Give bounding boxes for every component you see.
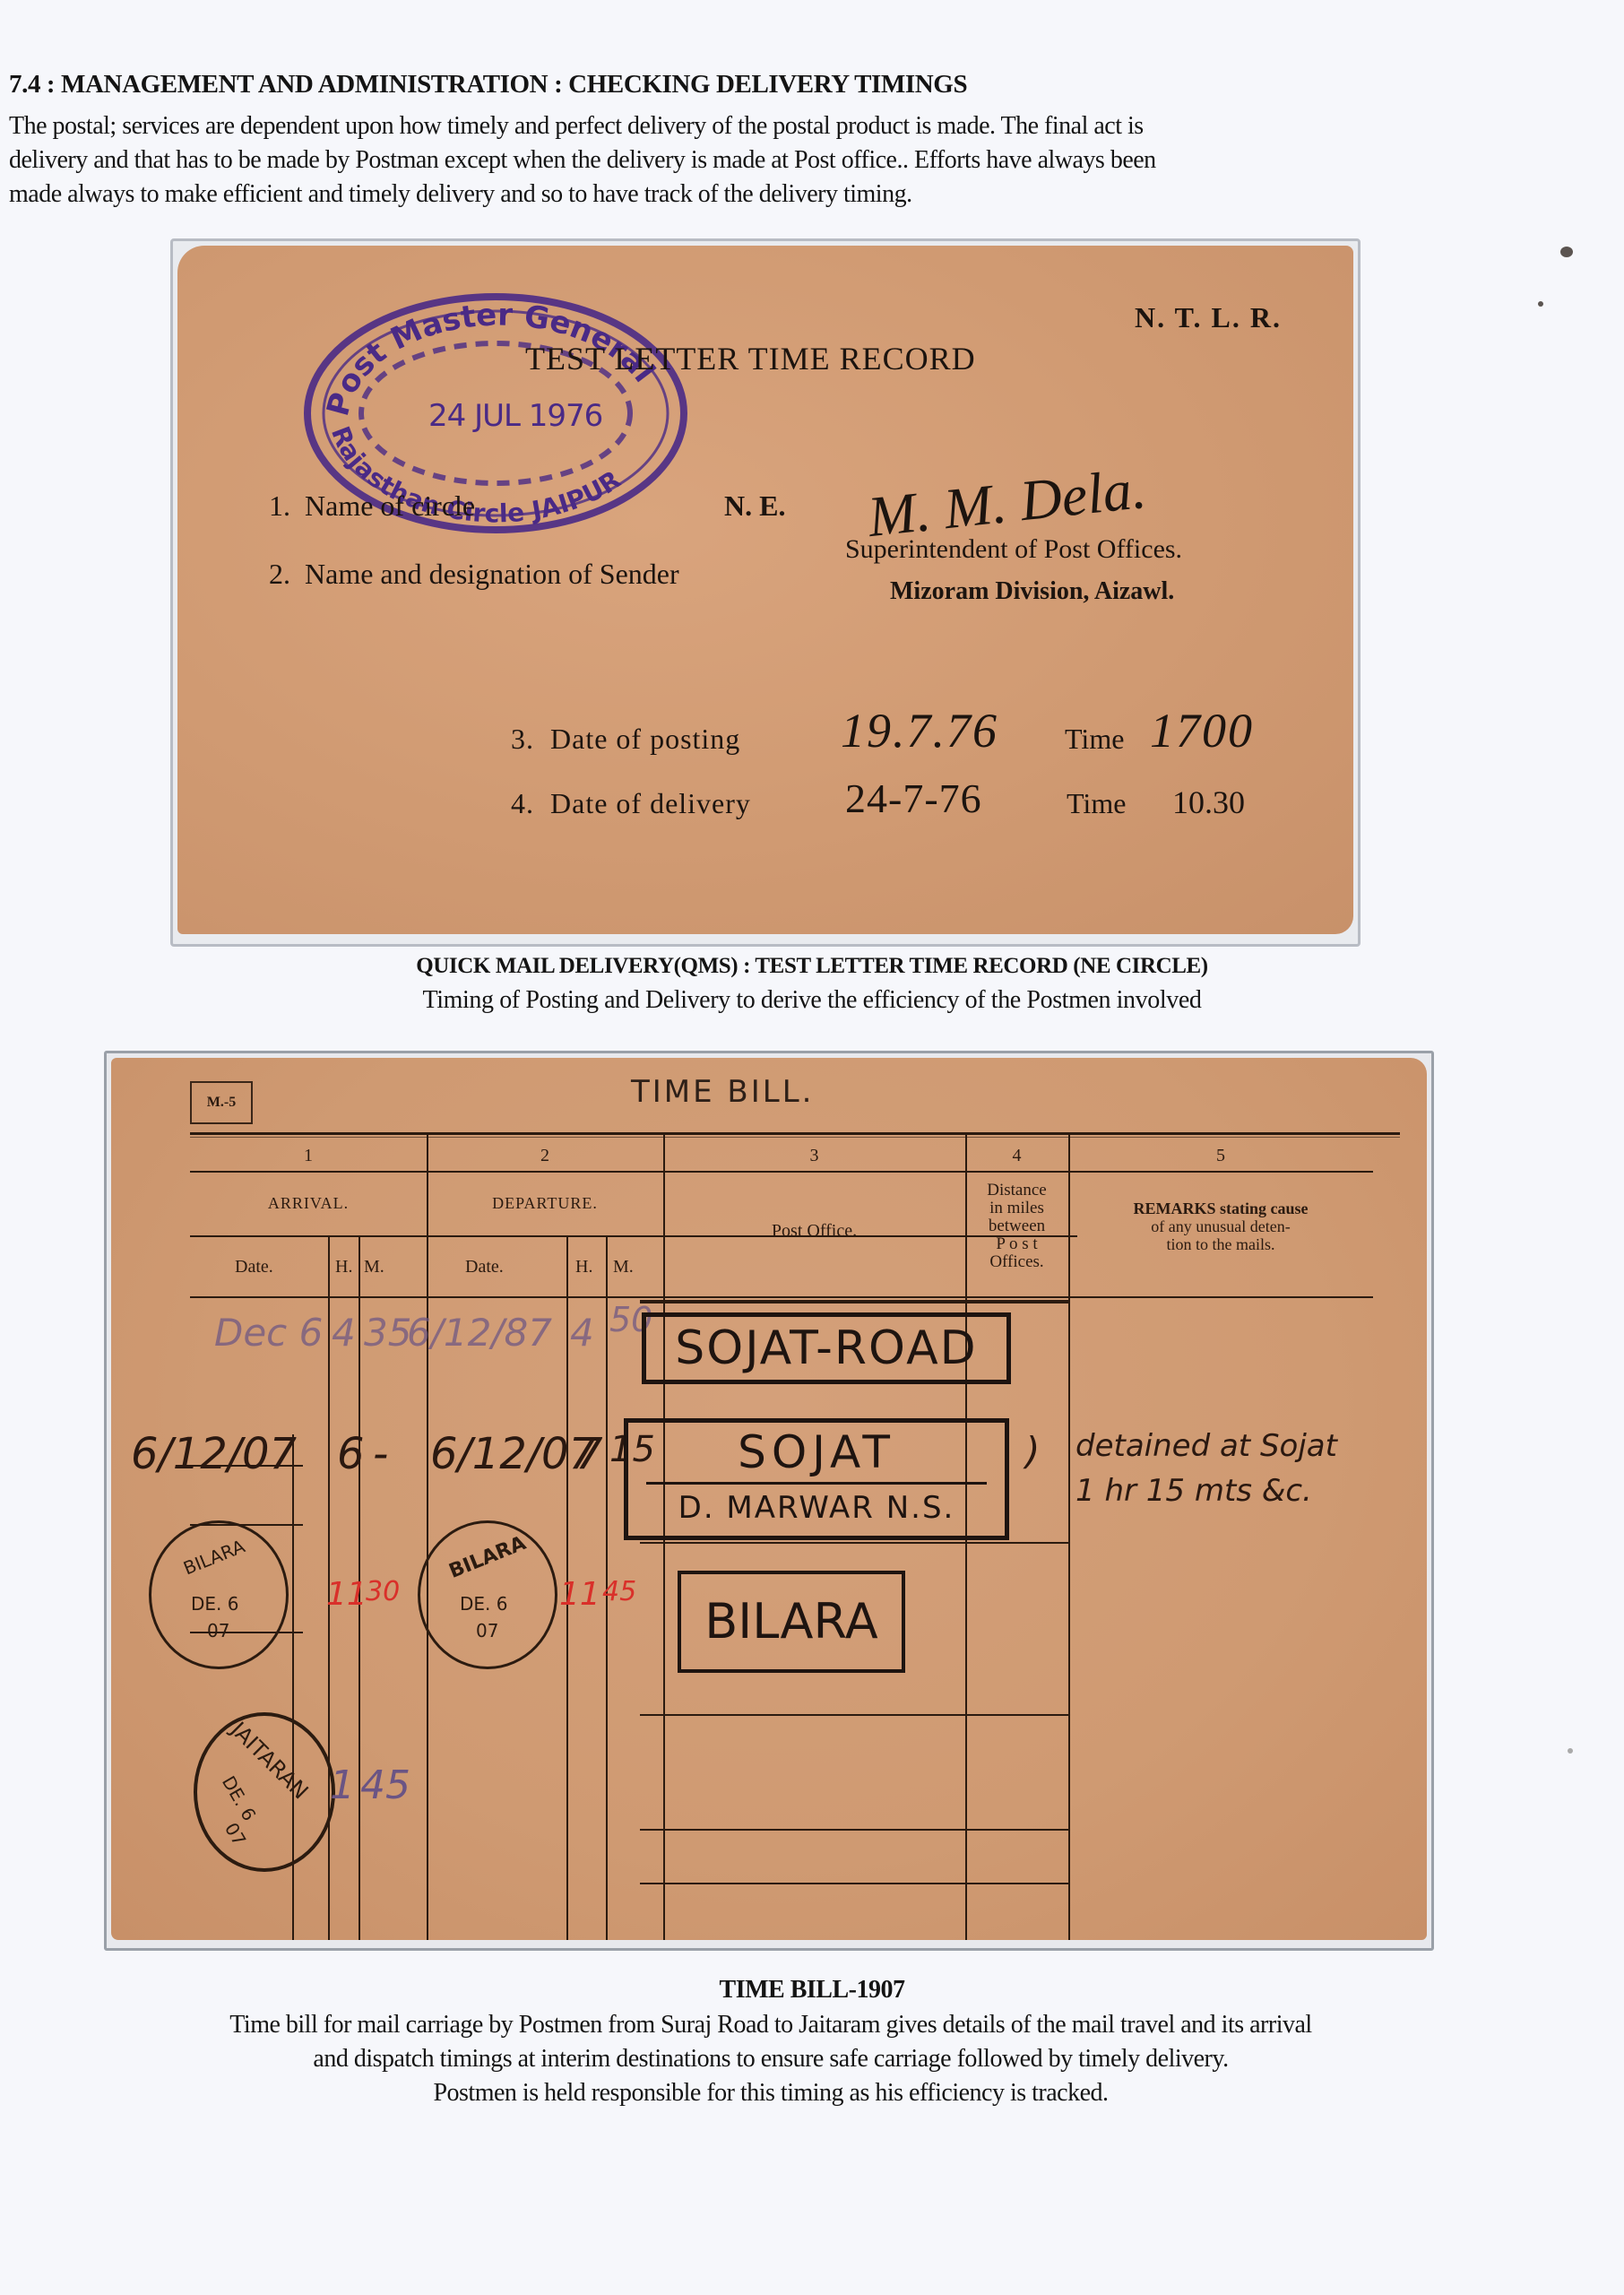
field-value-circle: N. E.	[724, 489, 785, 523]
arrival-hour: 1	[330, 1762, 355, 1808]
card1-caption-title: QUICK MAIL DELIVERY(QMS) : TEST LETTER T…	[0, 954, 1624, 979]
stamp-date: 24 JUL 1976	[428, 398, 602, 434]
post-office-stamp: SOJAT-ROAD	[642, 1312, 1011, 1384]
time-bill-title: TIME BILL.	[631, 1074, 814, 1110]
departure-hours-header: H.	[575, 1257, 592, 1277]
column-number: 1	[190, 1146, 427, 1166]
intro-line: delivery and that has to be made by Post…	[9, 143, 1497, 178]
sender-division: Mizoram Division, Aizawl.	[890, 577, 1174, 606]
departure-hour: 7	[575, 1429, 603, 1479]
column-number: 2	[427, 1146, 663, 1166]
arrival-date: 6/12/07	[131, 1429, 297, 1479]
page-heading: 7.4 : MANAGEMENT AND ADMINISTRATION : CH…	[9, 70, 967, 100]
column-number: 3	[663, 1146, 965, 1166]
field-label-posting-date: 3. Date of posting	[511, 723, 740, 756]
intro-line: The postal; services are dependent upon …	[9, 109, 1497, 143]
post-office-stamp: BILARA	[678, 1571, 905, 1673]
form-code: N. T. L. R.	[1135, 301, 1282, 334]
arrival-minute: 45	[360, 1762, 410, 1808]
departure-date-header: Date.	[465, 1257, 504, 1277]
departure-hour: 11	[559, 1576, 600, 1613]
form-code-box: M.-5	[190, 1081, 253, 1124]
arrival-hour: 11	[326, 1576, 367, 1613]
departure-date: 6/12/87	[407, 1311, 552, 1355]
remarks-entry: detained at Sojat 1 hr 15 mts &c.	[1075, 1424, 1362, 1513]
field-label-circle: 1. Name of circle	[269, 489, 475, 523]
arrival-date: Dec 6	[214, 1311, 323, 1355]
card1-caption-text: Timing of Posting and Delivery to derive…	[0, 986, 1624, 1015]
intro-paragraph: The postal; services are dependent upon …	[9, 109, 1497, 212]
arrival-header: ARRIVAL.	[190, 1194, 427, 1213]
posting-time-value: 1700	[1150, 703, 1254, 758]
field-label-sender: 2. Name and designation of Sender	[269, 558, 679, 591]
arrival-hour: 6	[337, 1429, 365, 1479]
delivery-time-label: Time	[1067, 787, 1126, 820]
jaitaran-postmark-icon: JAITARAN DE. 6 07	[194, 1712, 335, 1872]
card-title: TEST LETTER TIME RECORD	[525, 340, 976, 377]
bilara-postmark-icon: BILARA DE. 6 07	[418, 1520, 557, 1669]
departure-date: 6/12/07	[430, 1429, 596, 1479]
column-number: 4	[965, 1146, 1068, 1166]
posting-time-label: Time	[1065, 723, 1124, 756]
arrival-hours-header: H.	[335, 1257, 352, 1277]
arrival-minute: -	[373, 1429, 388, 1479]
delivery-time-value: 10.30	[1172, 784, 1245, 821]
post-office-stamp: SOJAT D. MARWAR N.S.	[624, 1418, 1009, 1540]
arrival-date-header: Date.	[235, 1257, 273, 1277]
arrival-minute: 30	[366, 1576, 400, 1607]
delivery-date-value: 24-7-76	[845, 775, 982, 822]
post-office-header: Post Office.	[663, 1221, 965, 1242]
distance-header: Distance in miles between P o s t Office…	[965, 1182, 1068, 1271]
test-letter-time-record-card: N. T. L. R. Post Master General Rajastha…	[177, 246, 1353, 934]
field-label-delivery-date: 4. Date of delivery	[511, 787, 751, 820]
card2-caption-text: Time bill for mail carriage by Postmen f…	[72, 2008, 1470, 2110]
time-bill-card: M.-5 TIME BILL. 1 2 3 4 5 ARRIVAL. DEPAR…	[111, 1058, 1427, 1940]
speck	[1538, 301, 1543, 307]
departure-minute: 45	[602, 1576, 636, 1607]
remarks-header: REMARKS stating cause of any unusual det…	[1068, 1199, 1373, 1253]
speck	[1560, 247, 1573, 257]
column-number: 5	[1068, 1146, 1373, 1166]
arrival-minute: 35	[364, 1311, 411, 1355]
departure-header: DEPARTURE.	[427, 1194, 663, 1213]
card2-caption-title: TIME BILL-1907	[0, 1976, 1624, 2005]
departure-minutes-header: M.	[613, 1257, 634, 1277]
arrival-minutes-header: M.	[364, 1257, 384, 1277]
departure-hour: 4	[570, 1311, 594, 1355]
sender-designation: Superintendent of Post Offices.	[845, 534, 1182, 565]
posting-date-value: 19.7.76	[841, 703, 998, 758]
speck	[1568, 1748, 1573, 1754]
bilara-postmark-icon: BILARA DE. 6 07	[149, 1520, 289, 1669]
bracket-mark: )	[1025, 1429, 1040, 1473]
intro-line: made always to make efficient and timely…	[9, 178, 1497, 212]
arrival-hour: 4	[332, 1311, 356, 1355]
